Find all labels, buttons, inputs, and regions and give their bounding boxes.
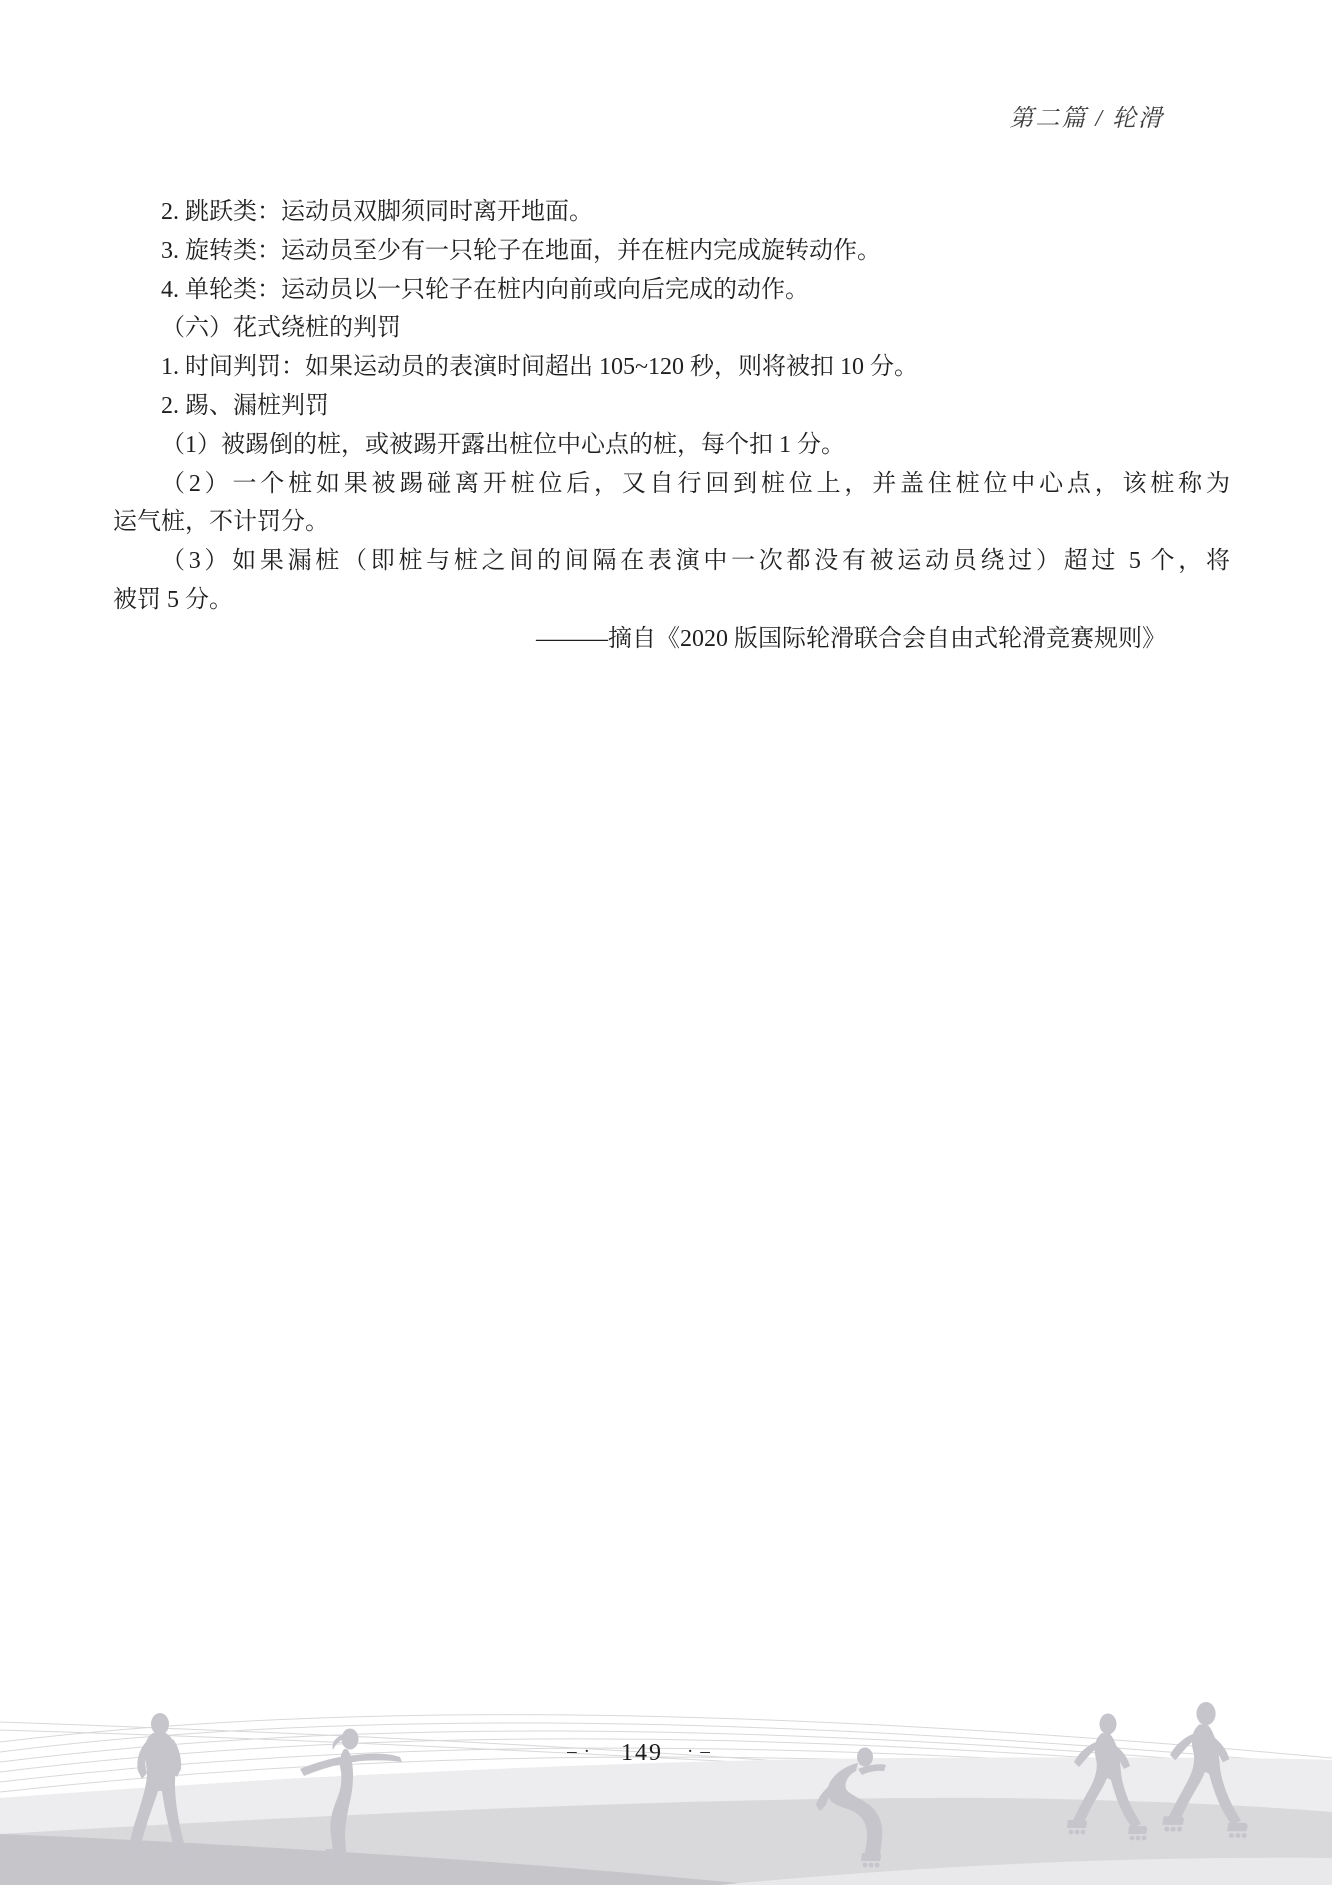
crouching-skater-silhouette — [816, 1748, 886, 1868]
body-paragraph: （1）被踢倒的桩，或被踢开露出桩位中心点的桩，每个扣 1 分。 — [113, 426, 1230, 465]
book-page: 第二篇 / 轮滑 2. 跳跃类：运动员双脚须同时离开地面。3. 旋转类：运动员至… — [0, 0, 1332, 1885]
text-line: （1）被踢倒的桩，或被踢开露出桩位中心点的桩，每个扣 1 分。 — [113, 426, 1230, 465]
bottom-right-band — [720, 1858, 1332, 1885]
dark-corner-band — [0, 1834, 760, 1885]
body-paragraph: 1. 时间判罚：如果运动员的表演时间超出 105~120 秒，则将被扣 10 分… — [113, 348, 1230, 387]
body-text: 2. 跳跃类：运动员双脚须同时离开地面。3. 旋转类：运动员至少有一只轮子在地面… — [113, 193, 1230, 659]
striding-skater-2-silhouette — [1163, 1702, 1248, 1838]
text-line: 运气桩，不计罚分。 — [113, 503, 1230, 542]
body-paragraph: 4. 单轮类：运动员以一只轮子在桩内向前或向后完成的动作。 — [113, 271, 1230, 310]
text-line: 1. 时间判罚：如果运动员的表演时间超出 105~120 秒，则将被扣 10 分… — [113, 348, 1230, 387]
paragraph-list: 2. 跳跃类：运动员双脚须同时离开地面。3. 旋转类：运动员至少有一只轮子在地面… — [113, 193, 1230, 620]
text-line: 被罚 5 分。 — [113, 581, 1230, 620]
page-number-value: 149 — [621, 1740, 663, 1766]
text-line: （3）如果漏桩（即桩与桩之间的间隔在表演中一次都没有被运动员绕过）超过 5 个，… — [113, 542, 1230, 581]
page-number: –· 149 ·– — [467, 1740, 817, 1767]
body-paragraph: 3. 旋转类：运动员至少有一只轮子在地面，并在桩内完成旋转动作。 — [113, 232, 1230, 271]
running-head: 第二篇 / 轮滑 — [1009, 98, 1164, 133]
striding-skater-silhouette — [1067, 1714, 1147, 1841]
text-line: 2. 踢、漏桩判罚 — [113, 387, 1230, 426]
arms-out-skater-silhouette — [300, 1729, 402, 1864]
mid-wave-band — [0, 1798, 1332, 1885]
light-wave-band — [0, 1757, 1332, 1885]
body-paragraph: （六）花式绕桩的判罚 — [113, 309, 1230, 348]
text-line: （六）花式绕桩的判罚 — [113, 309, 1230, 348]
text-line: 2. 跳跃类：运动员双脚须同时离开地面。 — [113, 193, 1230, 232]
body-paragraph: （2）一个桩如果被踢碰离开桩位后，又自行回到桩位上，并盖住桩位中心点，该桩称为运… — [113, 465, 1230, 543]
body-paragraph: 2. 跳跃类：运动员双脚须同时离开地面。 — [113, 193, 1230, 232]
standing-skater-silhouette — [126, 1713, 190, 1861]
footer-wave-bands — [0, 1757, 1332, 1885]
text-line: 4. 单轮类：运动员以一只轮子在桩内向前或向后完成的动作。 — [113, 271, 1230, 310]
page-number-right-ornament: ·– — [687, 1741, 717, 1762]
text-line: 3. 旋转类：运动员至少有一只轮子在地面，并在桩内完成旋转动作。 — [113, 232, 1230, 271]
body-paragraph: （3）如果漏桩（即桩与桩之间的间隔在表演中一次都没有被运动员绕过）超过 5 个，… — [113, 542, 1230, 620]
citation-line: ———摘自《2020 版国际轮滑联合会自由式轮滑竞赛规则》 — [113, 620, 1230, 659]
body-paragraph: 2. 踢、漏桩判罚 — [113, 387, 1230, 426]
page-number-left-ornament: –· — [567, 1741, 597, 1762]
text-line: （2）一个桩如果被踢碰离开桩位后，又自行回到桩位上，并盖住桩位中心点，该桩称为 — [113, 465, 1230, 504]
